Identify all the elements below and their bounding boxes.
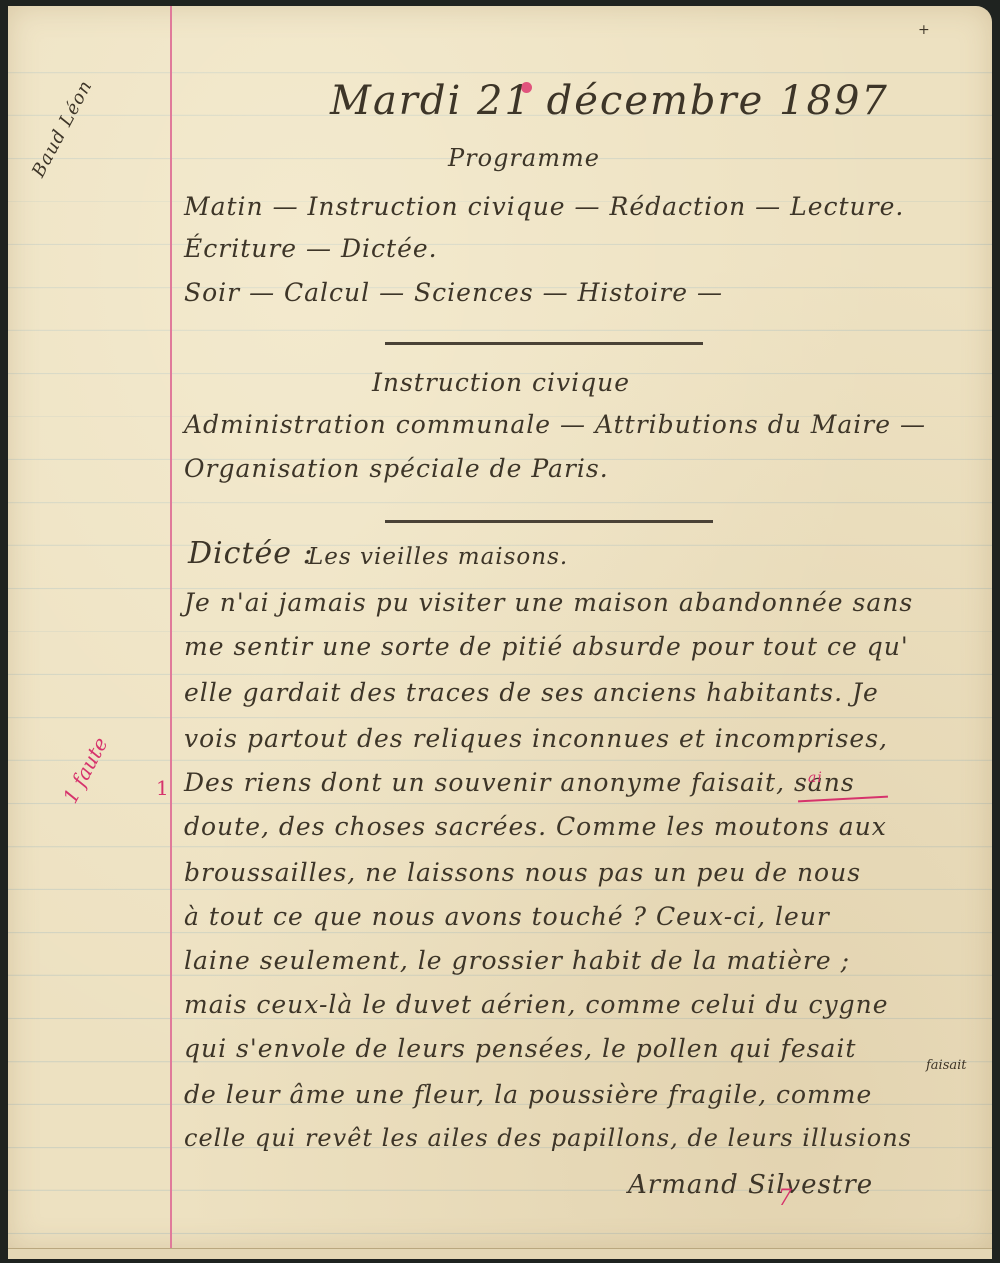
spelling-correction: faisait [926,1058,967,1073]
section-divider [385,520,713,523]
dictation-line: de leur âme une fleur, la poussière frag… [184,1080,872,1109]
dictation-heading: Dictée : [188,536,314,571]
dictation-line: me sentir une sorte de pitié absurde pou… [184,632,909,661]
fault-count-note: 1 faute [58,733,113,807]
date-heading: Mardi 21 décembre 1897 [330,78,889,124]
programme-heading: Programme [448,144,600,172]
civics-heading: Instruction civique [372,368,630,397]
dictation-line: qui s'envole de leurs pensées, le pollen… [184,1034,856,1063]
margin-rule [170,6,172,1250]
dictation-line: doute, des choses sacrées. Comme les mou… [184,812,887,841]
civics-line: Organisation spéciale de Paris. [184,454,609,483]
dictation-line: Je n'ai jamais pu visiter une maison aba… [184,588,913,617]
corner-mark: + [918,22,931,38]
line-fault-mark: 1 [156,776,170,800]
civics-line: Administration communale — Attributions … [184,410,926,439]
dictation-line: laine seulement, le grossier habit de la… [184,946,850,975]
author-signature: Armand Silvestre [628,1170,873,1200]
inline-correction: ai [808,770,823,786]
notebook-page: + Baud Léon Mardi 21 décembre 1897 Progr… [8,6,992,1250]
dictation-line: Des riens dont un souvenir anonyme faisa… [184,768,855,797]
section-divider [385,342,703,345]
dictation-title: Les vieilles maisons. [308,544,568,570]
dictation-line: vois partout des reliques inconnues et i… [184,724,888,753]
programme-line: Écriture — Dictée. [184,234,438,263]
page-edge [8,1248,992,1259]
grade-mark: 7 [778,1186,793,1211]
dictation-line: broussailles, ne laissons nous pas un pe… [184,858,861,887]
dictation-line: elle gardait des traces de ses anciens h… [184,678,879,707]
dictation-line: mais ceux-là le duvet aérien, comme celu… [184,990,889,1019]
dictation-line: celle qui revêt les ailes des papillons,… [184,1124,912,1152]
dictation-line: à tout ce que nous avons touché ? Ceux-c… [184,902,830,931]
programme-line: Soir — Calcul — Sciences — Histoire — [184,278,723,307]
programme-line: Matin — Instruction civique — Rédaction … [184,192,904,221]
